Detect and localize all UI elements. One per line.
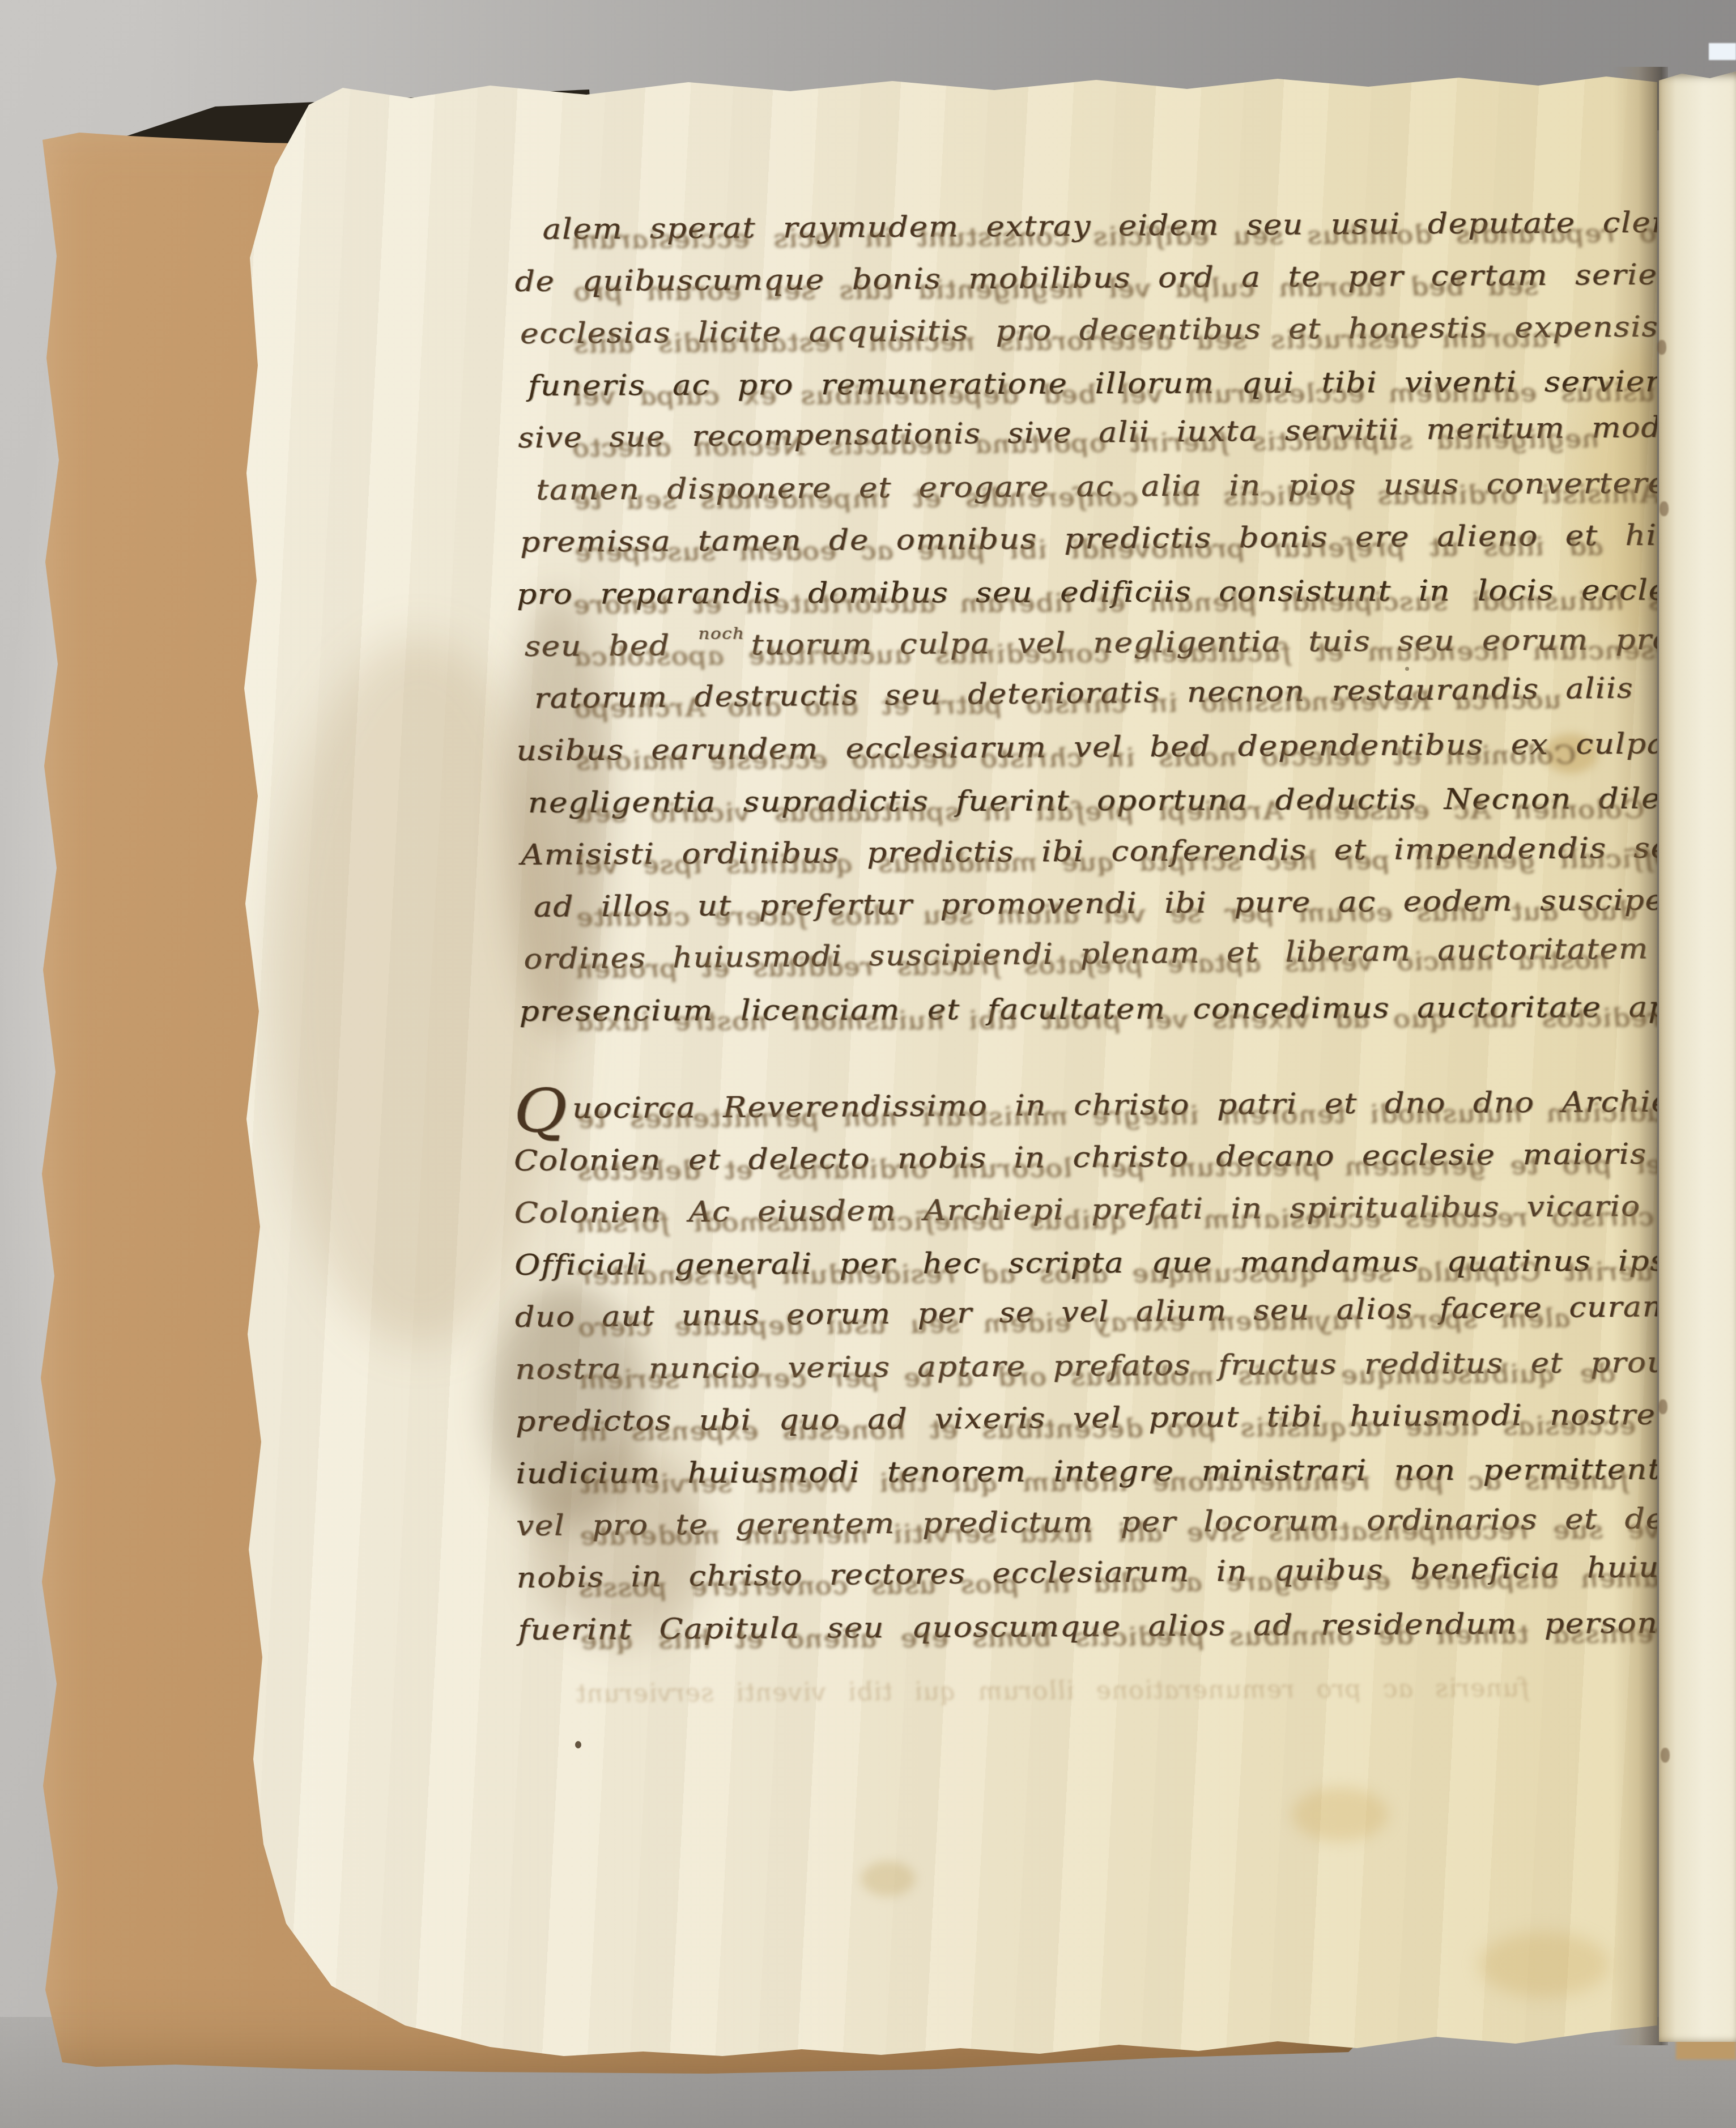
- verso-show-through: alem sperat raymudem extray eidem seu us…: [577, 1306, 1572, 1340]
- text-line: nostra nuncio verius aptare prefatos fru…: [515, 1336, 1736, 1395]
- text-line: duo aut unus eorum per se vel alium seu …: [514, 1280, 1726, 1343]
- verso-show-through: ecclesias licite acquisitis pro decentib…: [578, 1414, 1637, 1445]
- text-line: sive sue recompensationis sive alii iuxt…: [509, 401, 1721, 464]
- manuscript-page: alem sperat raymudem extray eidem seu us…: [224, 65, 1657, 2065]
- text-line: usibus earundem ecclesiarum vel bed depe…: [511, 717, 1736, 777]
- text-line: pro reparandis domibus seu edificiis con…: [510, 564, 1736, 620]
- stitch-mark: [1658, 1399, 1667, 1414]
- verso-show-through: Colonien Ac eiusdem Archiepi prefati in …: [574, 798, 1646, 827]
- small-bottom-stain: [861, 1861, 915, 1896]
- verso-show-through: Officiali generali per hec scripta que m…: [574, 846, 1678, 878]
- text-line: alem sperat raymudem extray eidem seu us…: [508, 196, 1736, 256]
- text-line: premissa tamen de omnibus predictis boni…: [510, 509, 1736, 568]
- text-line: tamen disponere et erogare ac alia in pi…: [510, 457, 1736, 516]
- manuscript-scan: alem sperat raymudem extray eidem seu us…: [0, 0, 1736, 2128]
- verso-show-through: seu bed tuorum culpa vel negligentia tui…: [572, 274, 1540, 305]
- text-line: ordines huiusmodi suscipiendi plenam et …: [513, 922, 1725, 985]
- text-line: ecclesias licite acquisitis pro decentib…: [509, 300, 1736, 360]
- verso-show-through: ratorum destructis seu deterioratis necn…: [572, 326, 1564, 357]
- stitch-mark: [1657, 340, 1666, 355]
- verso-show-through: nostra nuncio verius aptare prefatos fru…: [574, 948, 1611, 982]
- text-line: predictos ubi quo ad vixeris vel prout t…: [516, 1388, 1736, 1448]
- text-line: Quocirca Reverendissimo in christo patri…: [513, 1075, 1736, 1135]
- paragraph: Quocirca Reverendissimo in christo patri…: [513, 1076, 1639, 1656]
- text-line: negligentia supradictis fuerint oportuna…: [512, 772, 1736, 829]
- verso-show-through: pro reparandis domibus seu edificiis con…: [570, 221, 1691, 253]
- verso-show-through: premissa tamen de omnibus predictis boni…: [578, 1621, 1687, 1653]
- paragraph: alem sperat raymudem extray eidem seu us…: [508, 197, 1635, 1037]
- text-line: nobis in christo rectores ecclesiarum in…: [516, 1540, 1728, 1604]
- verso-show-through: ad illos ut prefertur promovendi ibi pur…: [573, 534, 1605, 565]
- verso-show-through: uocirca Reverendissimo in christo patri …: [573, 688, 1563, 722]
- text-line: Colonien et delecto nobis in christo dec…: [514, 1127, 1736, 1187]
- bottom-stain: [1292, 1787, 1388, 1841]
- verso-show-through: funeris ac pro remuneratione illorum qui…: [574, 1676, 1530, 1706]
- verso-show-through-line: funeris ac pro remuneratione illorum qui…: [517, 1664, 1640, 1722]
- verso-show-through: negligentia supradictis fuerint oportuna…: [571, 427, 1601, 461]
- facing-page-edge: [1659, 71, 1736, 2042]
- text-line: Amisisti ordinibus predictis ibi confere…: [512, 822, 1736, 881]
- dust-speck: [575, 1741, 581, 1748]
- verso-show-through: iudicium huiusmodi tenorem integre minis…: [576, 1101, 1675, 1133]
- verso-show-through: de quibuscumque bonis mobilibus ord a te…: [578, 1361, 1617, 1393]
- verso-show-through: Colonien et delecto nobis in christo dec…: [575, 743, 1577, 774]
- bottom-corner-stain: [1479, 1932, 1609, 1997]
- verso-show-through: tamen disponere et erogare ac alia in pi…: [577, 1566, 1673, 1601]
- text-line: de quibuscumque bonis mobilibus ord a te…: [508, 248, 1736, 308]
- text-line: fuerint Capitula seu quoscumque alios ad…: [517, 1597, 1736, 1656]
- stitch-mark: [1661, 1748, 1670, 1763]
- verso-show-through: nobis in christo rectores ecclesiarum in…: [575, 1204, 1736, 1236]
- scanner-light-notch: [1709, 43, 1736, 60]
- verso-show-through: funeris ac pro remuneratione illorum qui…: [578, 1469, 1631, 1497]
- interlinear-note: noch: [698, 608, 745, 660]
- stitch-mark: [1660, 501, 1669, 516]
- verso-show-through: vel pro te gerentem predictum per locoru…: [576, 1152, 1680, 1184]
- verso-show-through: predictos ubi quo ad vixeris vel prout t…: [575, 1006, 1682, 1035]
- text-line: iudicium huiusmodi tenorem integre minis…: [516, 1443, 1736, 1500]
- text-line: presencium licenciam et facultatem conce…: [513, 981, 1736, 1037]
- text-line: Colonien Ac eiusdem Archiepi prefati in …: [514, 1180, 1736, 1239]
- verso-show-through: Amisisti ordinibus predictis ibi confere…: [572, 482, 1661, 514]
- text-line: ratorum destructis seu deterioratis necn…: [511, 661, 1723, 725]
- text-block: alem sperat raymudem extray eidem seu us…: [508, 197, 1639, 1722]
